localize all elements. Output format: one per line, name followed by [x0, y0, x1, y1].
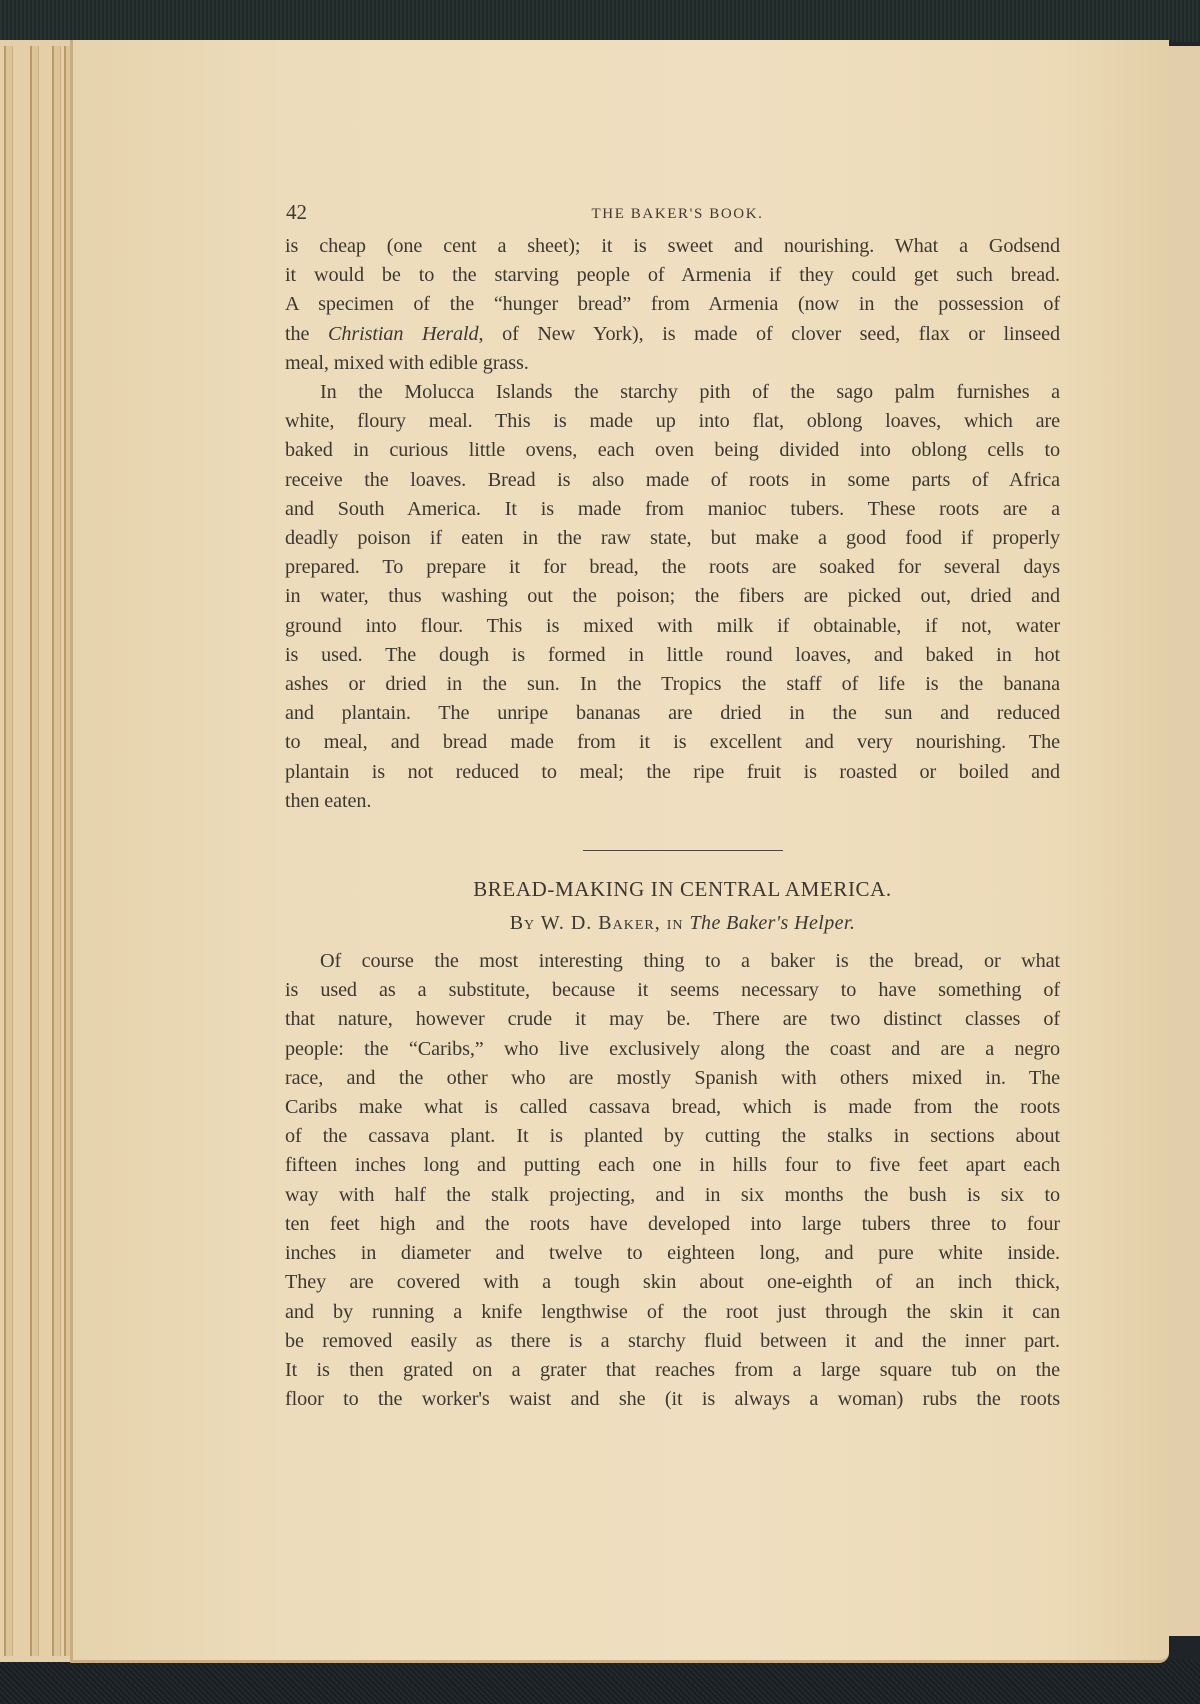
page-edge — [52, 46, 61, 1656]
page-edge — [4, 46, 13, 1656]
text-line: Of course the most interesting thing to … — [285, 947, 1060, 976]
text-line: receive the loaves. Bread is also made o… — [285, 466, 1060, 495]
running-head: 42 THE BAKER'S BOOK. — [285, 196, 1060, 232]
text-line: to meal, and bread made from it is excel… — [285, 728, 1060, 757]
page-edge — [30, 46, 39, 1656]
text-line: deadly poison if eaten in the raw state,… — [285, 524, 1060, 553]
text-line: fifteen inches long and putting each one… — [285, 1151, 1060, 1180]
text-line: prepared. To prepare it for bread, the r… — [285, 553, 1060, 582]
text-line: floor to the worker's waist and she (it … — [285, 1385, 1060, 1414]
text-fragment: the — [285, 323, 328, 345]
text-line: and South America. It is made from manio… — [285, 495, 1060, 524]
text-line: people: the “Caribs,” who live exclusive… — [285, 1035, 1060, 1064]
text-line: in water, thus washing out the poison; t… — [285, 582, 1060, 611]
text-line: way with half the stalk projecting, and … — [285, 1181, 1060, 1210]
byline-source: The Baker's Helper. — [690, 912, 856, 934]
text-line: white, floury meal. This is made up into… — [285, 407, 1060, 436]
text-line: baked in curious little ovens, each oven… — [285, 436, 1060, 465]
text-line: is used. The dough is formed in little r… — [285, 641, 1060, 670]
section-divider — [583, 850, 783, 851]
text-line: ashes or dried in the sun. In the Tropic… — [285, 670, 1060, 699]
text-line: then eaten. — [285, 787, 1060, 816]
text-line: plantain is not reduced to meal; the rip… — [285, 758, 1060, 787]
text-line: race, and the other who are mostly Spani… — [285, 1064, 1060, 1093]
running-title: THE BAKER'S BOOK. — [285, 206, 1060, 223]
text-line: Caribs make what is called cassava bread… — [285, 1093, 1060, 1122]
text-line: and plantain. The unripe bananas are dri… — [285, 699, 1060, 728]
text-line: inches in diameter and twelve to eightee… — [285, 1239, 1060, 1268]
text-line: it would be to the starving people of Ar… — [285, 261, 1060, 290]
section-byline: By W. D. Baker, in The Baker's Helper. — [285, 912, 1060, 935]
text-line: of the cassava plant. It is planted by c… — [285, 1122, 1060, 1151]
text-line: It is then grated on a grater that reach… — [285, 1356, 1060, 1385]
text-line: meal, mixed with edible grass. — [285, 349, 1060, 378]
text-line: They are covered with a tough skin about… — [285, 1268, 1060, 1297]
text-line: ten feet high and the roots have develop… — [285, 1210, 1060, 1239]
text-fragment: , of New York), is made of clover seed, … — [479, 323, 1060, 345]
page-content: 42 THE BAKER'S BOOK. is cheap (one cent … — [285, 196, 1060, 1414]
text-line: is cheap (one cent a sheet); it is sweet… — [285, 232, 1060, 261]
byline-author: By W. D. Baker, in — [510, 912, 690, 934]
text-line: and by running a knife lengthwise of the… — [285, 1298, 1060, 1327]
text-line: is used as a substitute, because it seem… — [285, 976, 1060, 1005]
text-line: ground into flour. This is mixed with mi… — [285, 612, 1060, 641]
text-line: In the Molucca Islands the starchy pith … — [285, 378, 1060, 407]
paragraph-central-america: Of course the most interesting thing to … — [285, 947, 1060, 1414]
paragraph-molucca: In the Molucca Islands the starchy pith … — [285, 378, 1060, 816]
text-line: be removed easily as there is a starchy … — [285, 1327, 1060, 1356]
next-page-edge — [1166, 46, 1200, 1636]
book-cover-cloth-bottom — [0, 1660, 1200, 1704]
text-line: A specimen of the “hunger bread” from Ar… — [285, 290, 1060, 319]
paragraph-hunger-bread: is cheap (one cent a sheet); it is sweet… — [285, 232, 1060, 378]
text-line: that nature, however crude it may be. Th… — [285, 1005, 1060, 1034]
section-title: BREAD-MAKING IN CENTRAL AMERICA. — [285, 877, 1060, 902]
text-line: the Christian Herald, of New York), is m… — [285, 320, 1060, 349]
book-cover-cloth-top — [0, 0, 1200, 42]
publication-title: Christian Herald — [328, 323, 479, 345]
